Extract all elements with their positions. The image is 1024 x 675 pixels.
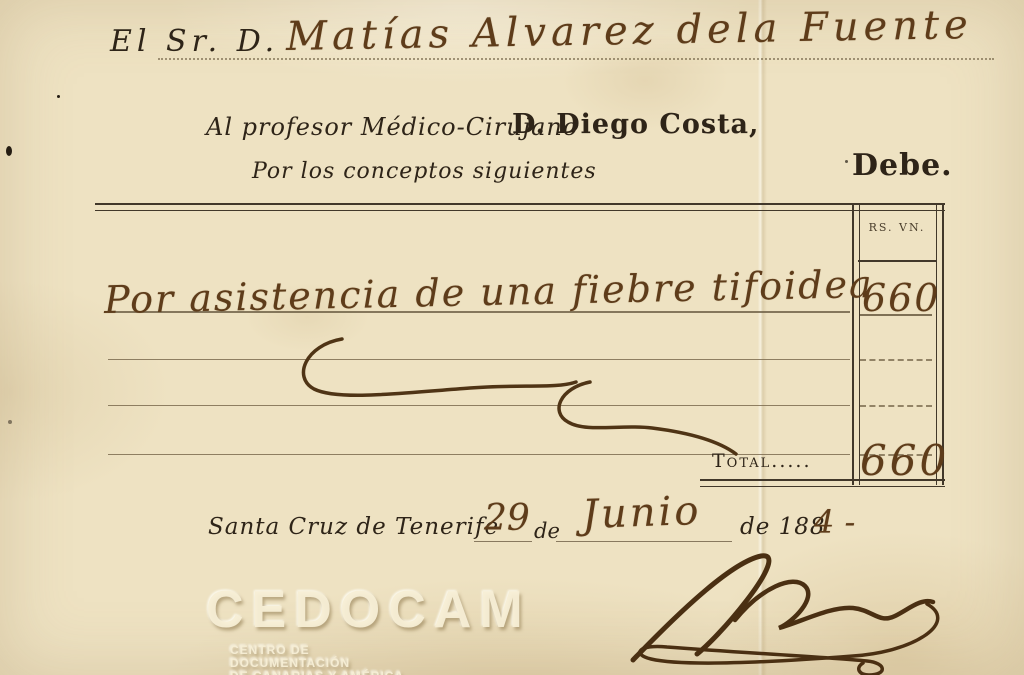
date-month-underline [556, 541, 732, 542]
debit-label: Debe. [852, 148, 953, 183]
amount-rule-2 [860, 359, 932, 361]
addressee-name: D. Diego Costa, [512, 109, 759, 140]
date-day-underline [474, 541, 532, 542]
watermark-subtitle: CENTRO DE DOCUMENTACIÓN DE CANARIAS Y AM… [230, 644, 404, 675]
total-amount-handwriting: 660 [860, 436, 949, 485]
currency-header: RS. VN. [858, 221, 936, 234]
date-year-suffix-handwriting: 4 - [814, 503, 855, 541]
salutation-label: El Sr. D. [110, 24, 279, 59]
dotted-name-line [158, 58, 994, 60]
debtor-name-handwriting: Matías Alvarez dela Fuente [286, 2, 973, 60]
amount-column-left-border [852, 203, 860, 485]
signature-handwriting: D. Costa [615, 548, 1015, 673]
date-day-handwriting: 29 [484, 498, 530, 539]
total-label: Total..... [712, 450, 812, 472]
receipt-paper: El Sr. D. Matías Alvarez dela Fuente Al … [0, 0, 1024, 675]
ink-speck [845, 160, 848, 163]
table-bottom-border [700, 479, 945, 487]
entry-amount-handwriting: 660 [862, 276, 941, 320]
ink-speck [8, 420, 12, 424]
watermark-subtitle-line: DE CANARIAS Y AMÉRICA [230, 670, 404, 675]
entry-description-handwriting: Por asistencia de una fiebre tifoidea [104, 262, 874, 322]
date-place: Santa Cruz de Tenerife [208, 514, 499, 540]
date-year-prefix: de 188 [740, 514, 826, 540]
ink-flourish [280, 333, 580, 413]
amount-rule-3 [860, 405, 932, 407]
table-top-border [95, 203, 945, 211]
ink-speck [6, 146, 12, 156]
watermark-title: CEDOCAM [206, 580, 531, 640]
date-month-handwriting: Junio [581, 488, 702, 538]
date-of-word: de [534, 519, 560, 543]
ink-flourish [538, 378, 758, 460]
concepts-line: Por los conceptos siguientes [252, 159, 597, 184]
ink-speck [57, 95, 60, 98]
